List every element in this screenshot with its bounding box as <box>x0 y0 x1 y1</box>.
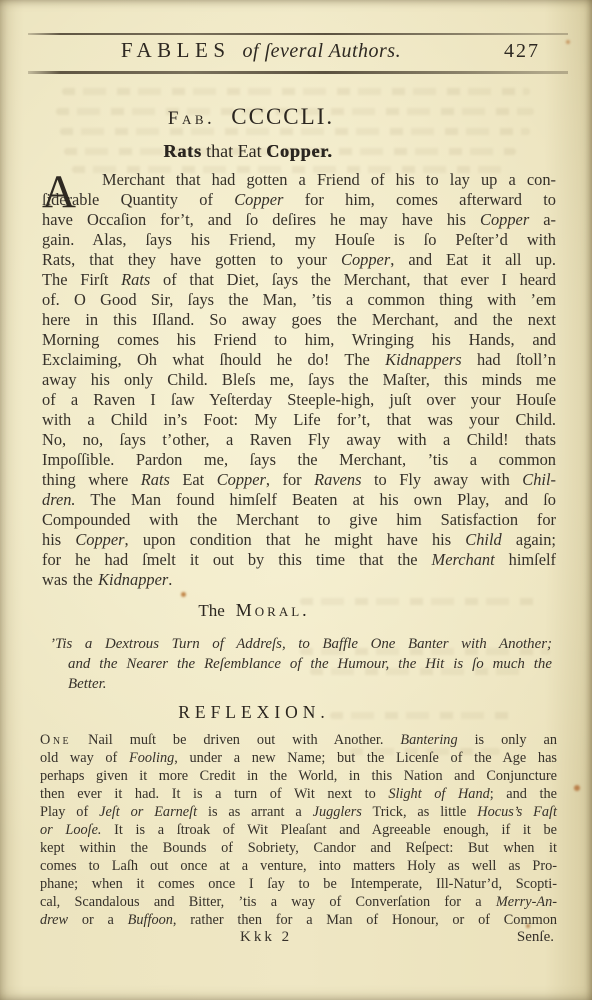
text-line: for he had ſmelt it out by this time tha… <box>42 550 556 570</box>
text-segment: and the Nearer the Reſemblance of the Hu… <box>68 656 552 672</box>
text-segment: One <box>40 732 71 748</box>
text-line: The Firſt Rats of that Diet, ſays the Me… <box>42 270 556 290</box>
text-line: cal, Scandalous and Bitter, ’tis a way o… <box>40 893 557 911</box>
text-segment: Copper <box>480 210 529 229</box>
text-segment: phane; when it comes once I ſay to be In… <box>40 876 557 892</box>
text-segment: have Occaſion for’t, and ſo deſires he m… <box>42 210 480 229</box>
text-segment: Copper. <box>266 141 332 161</box>
text-segment: , under a new Name; but the Licenſe of t… <box>174 750 557 766</box>
text-line: No, no, ſays t’other, a Raven Fly away w… <box>42 430 556 450</box>
text-segment: old way of <box>40 750 129 766</box>
text-segment: to Fly away with <box>361 470 522 489</box>
text-line: old way of Fooling, under a new Name; bu… <box>40 749 557 767</box>
text-segment: had ſtoll’n <box>462 350 556 369</box>
page-number: 427 <box>504 40 540 63</box>
text-segment: The Man found himſelf Beaten at his own … <box>76 490 556 509</box>
fable-title: Rats that Eat Copper. <box>0 141 504 162</box>
text-segment: Exclaiming, Oh what ſhould he do! The <box>42 350 385 369</box>
moral-heading-prefix: The <box>198 601 224 620</box>
text-segment: was the <box>42 570 98 589</box>
text-segment: comes to Laſh out once at a venture, int… <box>40 858 557 874</box>
text-line: Play of Jeſt or Earneſt is as arrant a J… <box>40 803 557 821</box>
text-line: was the Kidnapper. <box>42 570 556 590</box>
text-segment: Jeſt or Earneſt <box>99 804 197 820</box>
text-segment: Rats <box>163 141 201 161</box>
text-line: thing where Rats Eat Copper, for Ravens … <box>42 470 556 490</box>
text-segment: Buffoon <box>128 912 173 928</box>
text-line: then ever it had. It is a turn of Wit ne… <box>40 785 557 803</box>
text-segment: kept within the Bounds of Sobriety, Cand… <box>40 840 557 856</box>
moral-heading: The Moral. <box>0 600 510 621</box>
text-segment: Compounded with the Merchant to give him… <box>42 510 556 529</box>
text-segment: ; and the <box>490 786 557 802</box>
text-line: Merchant that had gotten a Friend of his… <box>42 170 556 190</box>
text-segment: Eat <box>170 470 217 489</box>
text-segment: for he had ſmelt it out by this time tha… <box>42 550 432 569</box>
text-segment: Slight of Hand <box>388 786 489 802</box>
text-segment: with a Child in’s Foot: My Life for’t, t… <box>42 410 556 429</box>
text-segment: Kidnapper <box>98 570 168 589</box>
book-title: FABLES <box>121 38 231 62</box>
text-segment: Bantering <box>400 732 457 748</box>
text-segment: Rats <box>141 470 170 489</box>
text-segment: perhaps given it more Credit in the Worl… <box>40 768 557 784</box>
text-segment: Child <box>465 530 501 549</box>
text-segment: Play of <box>40 804 99 820</box>
text-segment: Merry-An- <box>496 894 557 910</box>
text-line: comes to Laſh out once at a venture, int… <box>40 857 557 875</box>
moral-heading-word: Moral. <box>236 600 310 620</box>
text-segment: Rats <box>121 270 150 289</box>
page-footer: Kkk 2 Senſe. <box>40 929 557 949</box>
text-line: or Looſe. It is a ſtroak of Wit Pleaſant… <box>40 821 557 839</box>
text-segment: Copper <box>341 250 390 269</box>
signature-mark: Kkk 2 <box>240 929 292 946</box>
text-segment: Ravens <box>314 470 361 489</box>
text-segment: is as arrant a <box>197 804 313 820</box>
text-line: here in this Iſland. So away goes the Me… <box>42 310 556 330</box>
text-segment: drew <box>40 912 68 928</box>
text-segment: or Looſe. <box>40 822 102 838</box>
text-line: Better. <box>50 674 552 694</box>
text-line: ſiderable Quantity of Copper for him, co… <box>42 190 556 210</box>
text-line: Impoſſible. Pardon me, ſays the Merchant… <box>42 450 556 470</box>
text-line: Exclaiming, Oh what ſhould he do! The Ki… <box>42 350 556 370</box>
catchword: Senſe. <box>517 929 554 946</box>
text-segment: Copper <box>234 190 283 209</box>
fable-text: A Merchant that had gotten a Friend of h… <box>42 170 556 590</box>
text-line: perhaps given it more Credit in the Worl… <box>40 767 557 785</box>
text-line: phane; when it comes once I ſay to be In… <box>40 875 557 893</box>
running-header-title: FABLES of ſeveral Authors. <box>40 38 482 63</box>
text-line: kept within the Bounds of Sobriety, Cand… <box>40 839 557 857</box>
text-segment: that Eat <box>202 141 266 161</box>
text-line: and the Nearer the Reſemblance of the Hu… <box>50 654 552 674</box>
text-line: away his only Child. Bleſs me, ſays the … <box>42 370 556 390</box>
running-header: FABLES of ſeveral Authors. 427 <box>40 38 552 68</box>
text-segment: of that Diet, ſays the Merchant, that ev… <box>150 270 556 289</box>
text-line: dren. The Man found himſelf Beaten at hi… <box>42 490 556 510</box>
text-segment: Trick, as little <box>362 804 477 820</box>
text-segment: is only an <box>458 732 557 748</box>
text-line: Morning comes his Friend to him, Wringin… <box>42 330 556 350</box>
text-segment: Kidnappers <box>385 350 462 369</box>
text-segment: Merchant <box>432 550 495 569</box>
text-segment: , rather then for a Man of Honour, or of… <box>173 912 557 928</box>
text-segment: ’Tis a Dextrous Turn of Addreſs, to Baff… <box>50 636 552 652</box>
drop-cap: A <box>42 171 76 213</box>
text-segment: Hocus’s Faſt <box>477 804 557 820</box>
fable-label: Fab. <box>168 108 215 129</box>
text-segment: of a Raven I ſaw Yeſterday Steeple-high,… <box>42 390 556 409</box>
text-segment: No, no, ſays t’other, a Raven Fly away w… <box>42 430 556 449</box>
text-segment: here in this Iſland. So away goes the Me… <box>42 310 556 329</box>
text-segment: Copper <box>217 470 266 489</box>
text-segment: Impoſſible. Pardon me, ſays the Merchant… <box>42 450 556 469</box>
text-segment: Rats, that they have gotten to your <box>42 250 341 269</box>
text-segment: thing where <box>42 470 141 489</box>
text-segment: himſelf <box>495 550 556 569</box>
text-segment: The Firſt <box>42 270 121 289</box>
text-segment: , and Eat it all up. <box>390 250 556 269</box>
text-segment: Copper <box>75 530 124 549</box>
text-segment: cal, Scandalous and Bitter, ’tis a way o… <box>40 894 496 910</box>
text-segment: Jugglers <box>313 804 362 820</box>
text-segment: again; <box>502 530 556 549</box>
text-segment: dren. <box>42 490 76 509</box>
text-segment: It is a ſtroak of Wit Pleaſant and Agree… <box>102 822 557 838</box>
text-segment: for him, comes afterward to <box>283 190 556 209</box>
reflexion-text: One Nail muſt be driven out with Another… <box>40 731 557 929</box>
text-segment: Nail muſt be driven out with Another. <box>71 732 400 748</box>
text-line: of a Raven I ſaw Yeſterday Steeple-high,… <box>42 390 556 410</box>
foxing-spot <box>574 785 580 791</box>
text-segment: Morning comes his Friend to him, Wringin… <box>42 330 556 349</box>
text-segment: , for <box>266 470 314 489</box>
book-subtitle: of ſeveral Authors. <box>243 40 402 62</box>
reflexion-heading: REFLEXION. <box>0 702 510 723</box>
text-segment: away his only Child. Bleſs me, ſays the … <box>42 370 556 389</box>
text-line: Compounded with the Merchant to give him… <box>42 510 556 530</box>
text-segment: Fooling <box>129 750 174 766</box>
moral-text: ’Tis a Dextrous Turn of Addreſs, to Baff… <box>50 634 552 694</box>
foxing-spot <box>566 40 570 44</box>
fable-number-heading: Fab. CCCCLI. <box>0 104 507 130</box>
text-segment: of. O Good Sir, ſays the Man, ’tis a com… <box>42 290 556 309</box>
text-line: with a Child in’s Foot: My Life for’t, t… <box>42 410 556 430</box>
foxing-spot <box>181 592 186 597</box>
text-line: of. O Good Sir, ſays the Man, ’tis a com… <box>42 290 556 310</box>
header-rule-top <box>28 33 568 35</box>
text-segment: Merchant that had gotten a Friend of his… <box>102 170 556 189</box>
text-segment: . <box>168 570 172 589</box>
text-line: have Occaſion for’t, and ſo deſires he m… <box>42 210 556 230</box>
fable-numeral: CCCCLI. <box>231 104 334 129</box>
text-line: Rats, that they have gotten to your Copp… <box>42 250 556 270</box>
text-segment: Chil- <box>522 470 556 489</box>
text-segment: or a <box>68 912 128 928</box>
text-segment: , upon condition that he might have his <box>125 530 466 549</box>
bleed-through-texture <box>62 88 530 95</box>
text-segment: his <box>42 530 75 549</box>
text-segment: then ever it had. It is a turn of Wit ne… <box>40 786 388 802</box>
text-line: gain. Alas, ſays his Friend, my Houſe is… <box>42 230 556 250</box>
text-line: One Nail muſt be driven out with Another… <box>40 731 557 749</box>
text-segment: gain. Alas, ſays his Friend, my Houſe is… <box>42 230 556 249</box>
text-line: ’Tis a Dextrous Turn of Addreſs, to Baff… <box>50 634 552 654</box>
book-page-scan: FABLES of ſeveral Authors. 427 Fab. CCCC… <box>0 0 592 1000</box>
text-line: drew or a Buffoon, rather then for a Man… <box>40 911 557 929</box>
text-segment: Better. <box>68 676 106 692</box>
text-line: his Copper, upon condition that he might… <box>42 530 556 550</box>
text-segment: a- <box>529 210 556 229</box>
header-rule-bottom <box>28 71 568 74</box>
